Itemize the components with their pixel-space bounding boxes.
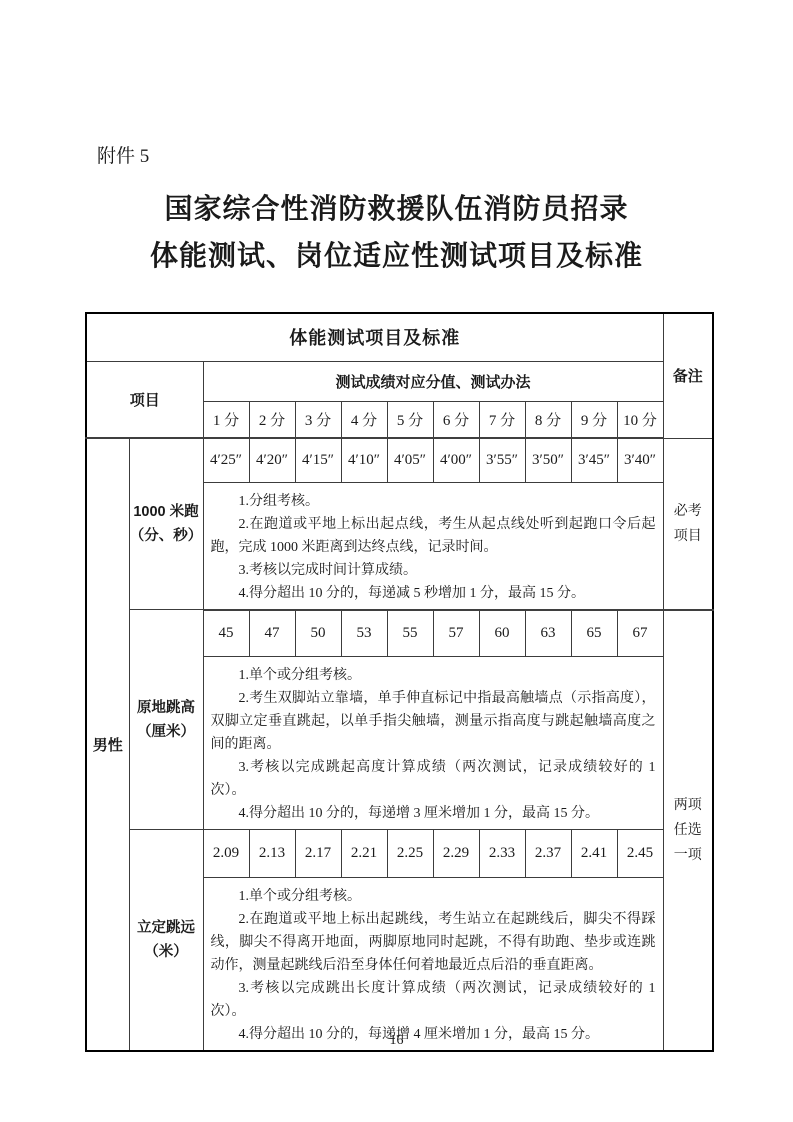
score-value-cell: 2.09 — [203, 830, 249, 878]
gender-cell: 男性 — [86, 438, 129, 1051]
score-value-cell: 2.37 — [525, 830, 571, 878]
score-value-cell: 2.33 — [479, 830, 525, 878]
score-value-cell: 2.29 — [433, 830, 479, 878]
score-value-cell: 3′40″ — [617, 438, 663, 482]
score-header-cell: 5 分 — [387, 401, 433, 438]
remark-header-cell: 备注 — [663, 313, 713, 438]
table-row: 项目 测试成绩对应分值、测试办法 — [86, 361, 713, 401]
item-name: 1000 米跑 — [130, 500, 203, 524]
note-paragraph: 4.得分超出 10 分的，每递减 5 秒增加 1 分，最高 15 分。 — [211, 582, 656, 605]
score-header-cell: 4 分 — [341, 401, 387, 438]
note-paragraph: 1.单个或分组考核。 — [211, 885, 656, 908]
score-value-cell: 53 — [341, 610, 387, 657]
item-unit: （分、秒） — [130, 524, 203, 548]
score-value-cell: 65 — [571, 610, 617, 657]
score-value-cell: 45 — [203, 610, 249, 657]
fitness-test-table: 体能测试项目及标准 备注 项目 测试成绩对应分值、测试办法 1 分 2 分 3 … — [85, 312, 714, 1052]
item-name: 原地跳高 — [130, 696, 203, 720]
table-row: 原地跳高 （厘米） 45 47 50 53 55 57 60 63 65 67 … — [86, 610, 713, 657]
score-value-cell: 3′55″ — [479, 438, 525, 482]
remark-cell-choose-one: 两项任选一项 — [663, 610, 713, 1052]
note-paragraph: 4.得分超出 10 分的，每递增 3 厘米增加 1 分，最高 15 分。 — [211, 802, 656, 825]
score-value-cell: 4′15″ — [295, 438, 341, 482]
score-value-cell: 2.21 — [341, 830, 387, 878]
note-paragraph: 3.考核以完成跳起高度计算成绩（两次测试，记录成绩较好的 1 次）。 — [211, 756, 656, 802]
note-paragraph: 3.考核以完成跳出长度计算成绩（两次测试，记录成绩较好的 1 次）。 — [211, 977, 656, 1023]
score-header-cell: 8 分 — [525, 401, 571, 438]
score-value-cell: 2.17 — [295, 830, 341, 878]
score-value-cell: 50 — [295, 610, 341, 657]
score-value-cell: 57 — [433, 610, 479, 657]
item-cell-1000m-run: 1000 米跑 （分、秒） — [129, 438, 203, 610]
score-value-cell: 4′05″ — [387, 438, 433, 482]
notes-cell-1000m-run: 1.分组考核。 2.在跑道或平地上标出起点线，考生从起点线处听到起跑口令后起跑，… — [203, 482, 663, 610]
note-paragraph: 1.单个或分组考核。 — [211, 664, 656, 687]
table-row: 立定跳远 （米） 2.09 2.13 2.17 2.21 2.25 2.29 2… — [86, 830, 713, 878]
score-value-cell: 47 — [249, 610, 295, 657]
note-paragraph: 2.在跑道或平地上标出起点线，考生从起点线处听到起跑口令后起跑，完成 1000 … — [211, 513, 656, 559]
score-value-cell: 3′45″ — [571, 438, 617, 482]
score-header-cell: 2 分 — [249, 401, 295, 438]
remark-cell-mandatory: 必考项目 — [663, 438, 713, 610]
score-header-cell: 6 分 — [433, 401, 479, 438]
score-value-cell: 63 — [525, 610, 571, 657]
score-value-cell: 2.13 — [249, 830, 295, 878]
remark-text: 必考项目 — [673, 499, 702, 549]
score-value-cell: 4′20″ — [249, 438, 295, 482]
score-value-cell: 60 — [479, 610, 525, 657]
table-title-cell: 体能测试项目及标准 — [86, 313, 663, 361]
score-value-cell: 3′50″ — [525, 438, 571, 482]
item-cell-long-jump: 立定跳远 （米） — [129, 830, 203, 1052]
score-header-cell: 7 分 — [479, 401, 525, 438]
score-header-cell: 1 分 — [203, 401, 249, 438]
item-cell-vertical-jump: 原地跳高 （厘米） — [129, 610, 203, 830]
score-value-cell: 67 — [617, 610, 663, 657]
note-paragraph: 1.分组考核。 — [211, 490, 656, 513]
score-header-cell: 9 分 — [571, 401, 617, 438]
score-header-cell: 3 分 — [295, 401, 341, 438]
table-row: 男性 1000 米跑 （分、秒） 4′25″ 4′20″ 4′15″ 4′10″… — [86, 438, 713, 482]
document-title: 国家综合性消防救援队伍消防员招录 体能测试、岗位适应性测试项目及标准 — [0, 186, 793, 280]
score-value-cell: 2.41 — [571, 830, 617, 878]
document-title-line1: 国家综合性消防救援队伍消防员招录 — [0, 186, 793, 233]
note-paragraph: 3.考核以完成时间计算成绩。 — [211, 559, 656, 582]
score-value-cell: 55 — [387, 610, 433, 657]
document-title-line2: 体能测试、岗位适应性测试项目及标准 — [0, 233, 793, 280]
score-value-cell: 2.45 — [617, 830, 663, 878]
score-value-cell: 2.25 — [387, 830, 433, 878]
score-method-header-cell: 测试成绩对应分值、测试办法 — [203, 361, 663, 401]
item-unit: （米） — [130, 940, 203, 964]
item-unit: （厘米） — [130, 720, 203, 744]
table-row: 体能测试项目及标准 备注 — [86, 313, 713, 361]
score-value-cell: 4′10″ — [341, 438, 387, 482]
score-value-cell: 4′00″ — [433, 438, 479, 482]
page-number: 16 — [0, 1033, 793, 1049]
notes-cell-vertical-jump: 1.单个或分组考核。 2.考生双脚站立靠墙，单手伸直标记中指最高触墙点（示指高度… — [203, 657, 663, 830]
score-header-cell: 10 分 — [617, 401, 663, 438]
project-header-cell: 项目 — [86, 361, 203, 438]
score-value-cell: 4′25″ — [203, 438, 249, 482]
item-name: 立定跳远 — [130, 916, 203, 940]
notes-cell-long-jump: 1.单个或分组考核。 2.在跑道或平地上标出起跳线，考生站立在起跳线后，脚尖不得… — [203, 878, 663, 1052]
attachment-label: 附件 5 — [97, 141, 149, 168]
remark-text: 两项任选一项 — [673, 793, 702, 868]
note-paragraph: 2.考生双脚站立靠墙，单手伸直标记中指最高触墙点（示指高度），双脚立定垂直跳起，… — [211, 687, 656, 756]
note-paragraph: 2.在跑道或平地上标出起跳线，考生站立在起跳线后，脚尖不得踩线，脚尖不得离开地面… — [211, 908, 656, 977]
